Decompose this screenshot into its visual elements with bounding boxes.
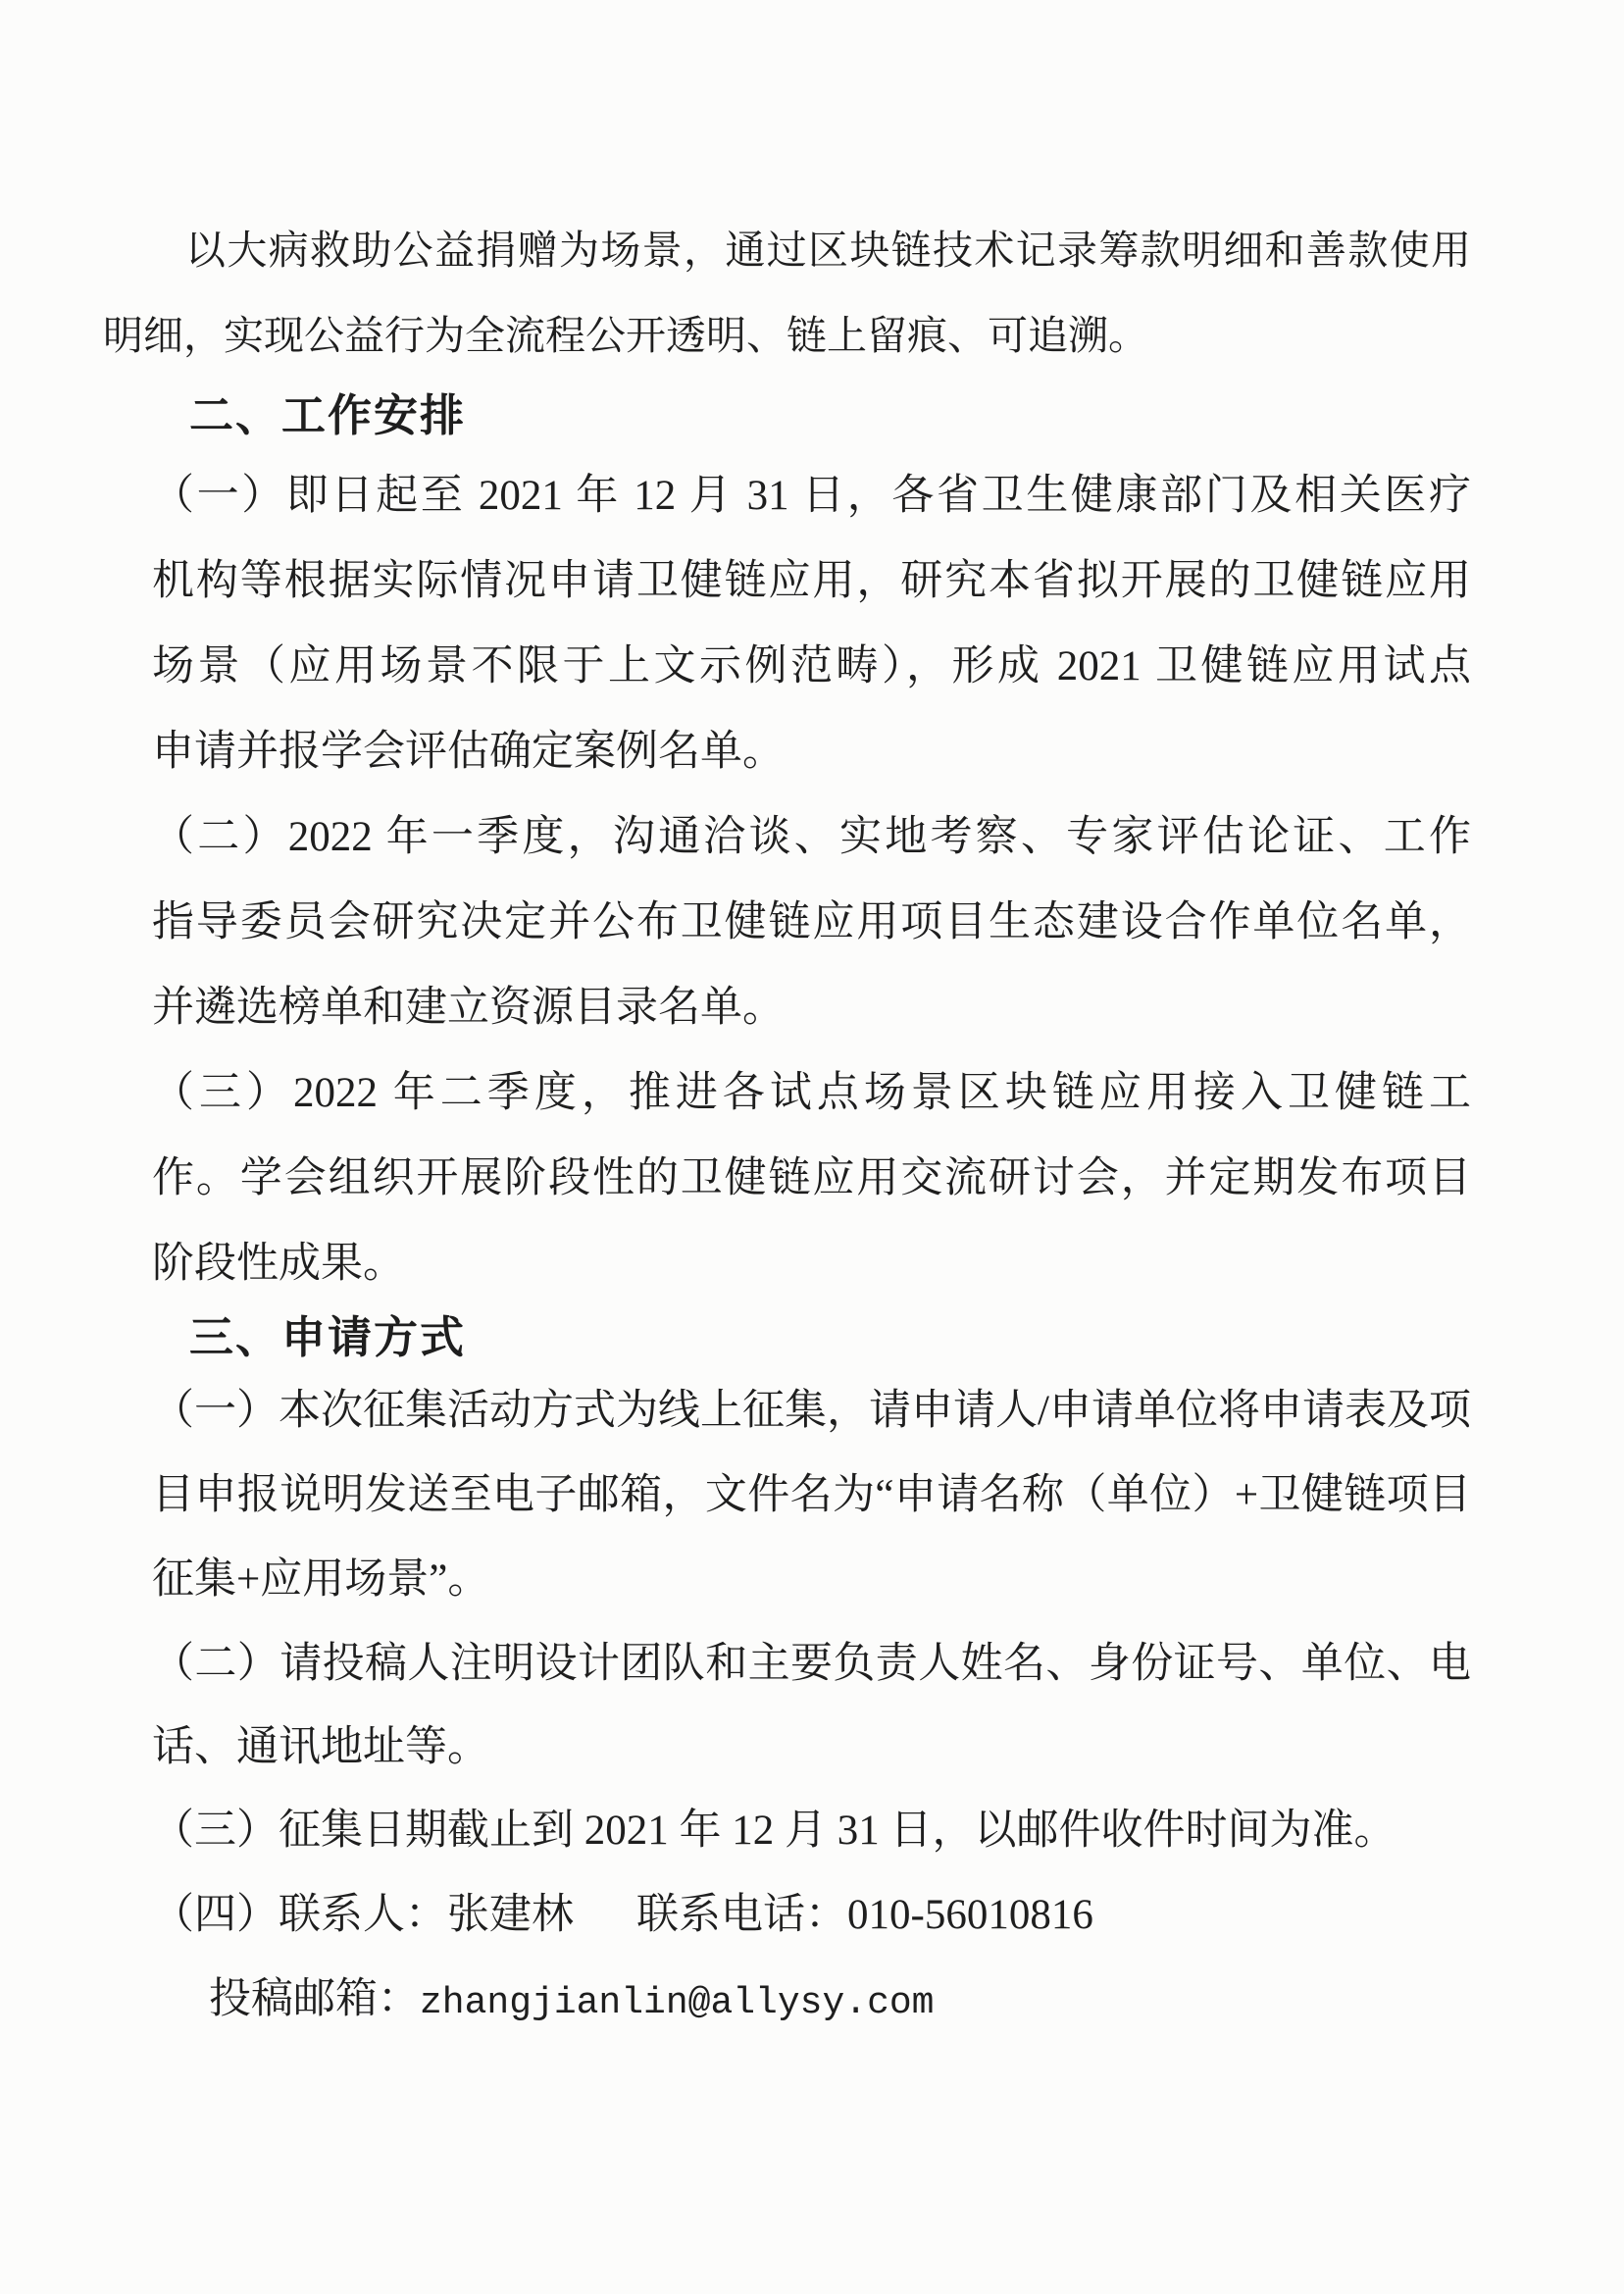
paragraph: （一）本次征集活动方式为线上征集，请申请人/申请单位将申请表及项目申报说明发送至… (152, 1369, 1471, 1622)
text-line: 阶段性成果。 (152, 1221, 1471, 1306)
email-label: 投稿邮箱： (209, 1976, 420, 2022)
paragraph: （三）征集日期截止到 2021 年 12 月 31 日，以邮件收件时间为准。 (152, 1789, 1471, 1873)
contact-person-name: 张建林 (447, 1892, 574, 1938)
text-line: （二）2022 年一季度，沟通洽谈、实地考察、专家评估论证、工作 (152, 794, 1471, 880)
text-line: （一）即日起至 2021 年 12 月 31 日，各省卫生健康部门及相关医疗 (152, 453, 1471, 538)
document-page: 以大病救助公益捐赠为场景，通过区块链技术记录筹款明细和善款使用明细，实现公益行为… (0, 0, 1624, 2294)
text-line: 作。学会组织开展阶段性的卫健链应用交流研讨会，并定期发布项目 (152, 1136, 1471, 1221)
document-content: 以大病救助公益捐赠为场景，通过区块链技术记录筹款明细和善款使用明细，实现公益行为… (103, 208, 1471, 2046)
text-line: 机构等根据实际情况申请卫健链应用，研究本省拟开展的卫健链应用 (152, 538, 1471, 624)
paragraph: （二）2022 年一季度，沟通洽谈、实地考察、专家评估论证、工作指导委员会研究决… (152, 794, 1471, 1050)
paragraph: 以大病救助公益捐赠为场景，通过区块链技术记录筹款明细和善款使用明细，实现公益行为… (103, 208, 1471, 379)
text-line: （三）征集日期截止到 2021 年 12 月 31 日，以邮件收件时间为准。 (152, 1789, 1471, 1873)
text-line: 并遴选榜单和建立资源目录名单。 (152, 965, 1471, 1050)
text-line: 申请并报学会评估确定案例名单。 (152, 709, 1471, 794)
email-address: zhangjianlin@allysy.com (420, 1982, 935, 2024)
contact-line: （四）联系人：张建林联系电话：010-56010816 (152, 1873, 1471, 1958)
text-line: 话、通讯地址等。 (152, 1706, 1471, 1789)
text-line: （二）请投稿人注明设计团队和主要负责人姓名、身份证号、单位、电 (152, 1622, 1471, 1706)
paragraph: （三）2022 年二季度，推进各试点场景区块链应用接入卫健链工作。学会组织开展阶… (152, 1050, 1471, 1306)
text-line: （一）本次征集活动方式为线上征集，请申请人/申请单位将申请表及项 (152, 1369, 1471, 1453)
contact-phone-label: 联系电话： (636, 1892, 847, 1938)
text-line: 明细，实现公益行为全流程公开透明、链上留痕、可追溯。 (103, 293, 1471, 379)
text-line: （三）2022 年二季度，推进各试点场景区块链应用接入卫健链工 (152, 1050, 1471, 1136)
email-line: 投稿邮箱：zhangjianlin@allysy.com (209, 1958, 1471, 2046)
section-heading: 三、申请方式 (189, 1306, 1471, 1369)
text-line: 征集+应用场景”。 (152, 1538, 1471, 1622)
text-line: 以大病救助公益捐赠为场景，通过区块链技术记录筹款明细和善款使用 (103, 208, 1471, 293)
paragraph: （一）即日起至 2021 年 12 月 31 日，各省卫生健康部门及相关医疗机构… (152, 453, 1471, 794)
section-heading: 二、工作安排 (189, 379, 1471, 453)
text-line: 场景（应用场景不限于上文示例范畴），形成 2021 卫健链应用试点 (152, 624, 1471, 709)
contact-person-label: （四）联系人： (152, 1892, 447, 1938)
text-line: 目申报说明发送至电子邮箱，文件名为“申请名称（单位）+卫健链项目 (152, 1453, 1471, 1538)
contact-phone-number: 010-56010816 (847, 1892, 1093, 1938)
paragraph: （二）请投稿人注明设计团队和主要负责人姓名、身份证号、单位、电话、通讯地址等。 (152, 1622, 1471, 1789)
text-line: 指导委员会研究决定并公布卫健链应用项目生态建设合作单位名单， (152, 880, 1471, 965)
